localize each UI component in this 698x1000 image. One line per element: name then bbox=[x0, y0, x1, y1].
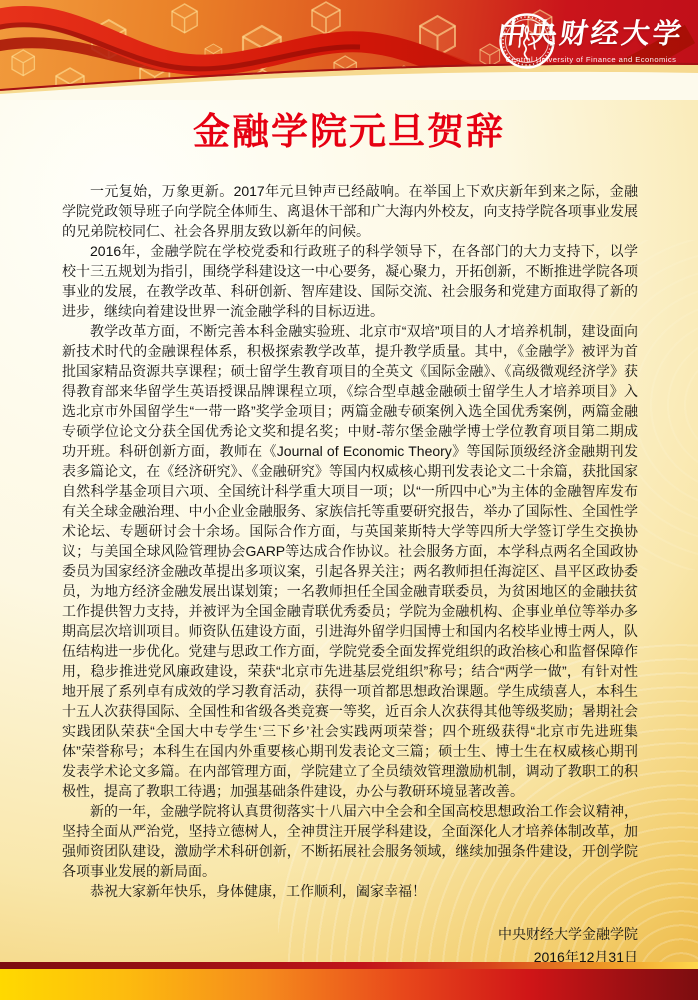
header-banner: 中央财经大学 Central University of Finance and… bbox=[0, 0, 698, 100]
paragraph-achievements: 教学改革方面，不断完善本科金融实验班、北京市“双培”项目的人才培养机制，建设面向… bbox=[62, 321, 638, 801]
paragraph-greeting-intro: 一元复始，万象更新。2017年元旦钟声已经敲响。在举国上下欢庆新年到来之际，金融… bbox=[62, 181, 638, 241]
signature-organization: 中央财经大学金融学院 bbox=[62, 923, 638, 946]
footer-thin-stripe bbox=[0, 962, 698, 969]
paragraph-new-year-outlook: 新的一年，金融学院将认真贯彻落实十八届六中全会和全国高校思想政治工作会议精神，坚… bbox=[62, 801, 638, 881]
footer-wide-stripe bbox=[0, 969, 698, 1000]
university-name-cn: 中央财经大学 bbox=[495, 12, 687, 52]
paragraph-year-review: 2016年，金融学院在学校党委和行政班子的科学领导下，在各部门的大力支持下，以学… bbox=[62, 241, 638, 321]
new-year-greeting-poster: 中央财经大学 Central University of Finance and… bbox=[0, 0, 698, 1000]
document-content: 金融学院元旦贺辞 一元复始，万象更新。2017年元旦钟声已经敲响。在举国上下欢庆… bbox=[0, 100, 698, 969]
paragraph-wishes: 恭祝大家新年快乐，身体健康，工作顺利，阖家幸福！ bbox=[62, 881, 638, 901]
university-logo-block: 中央财经大学 Central University of Finance and… bbox=[498, 12, 684, 64]
page-title: 金融学院元旦贺辞 bbox=[0, 113, 698, 152]
body-text: 一元复始，万象更新。2017年元旦钟声已经敲响。在举国上下欢庆新年到来之际，金融… bbox=[62, 181, 638, 969]
